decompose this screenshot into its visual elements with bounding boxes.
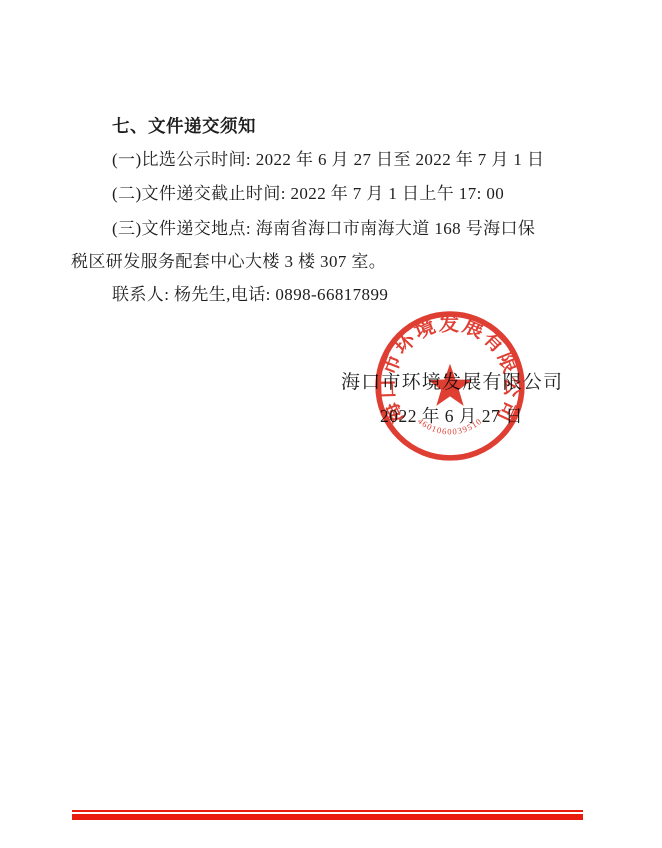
notice-line-3-continued: 税区研发服务配套中心大楼 3 楼 307 室。: [71, 252, 386, 272]
section-heading: 七、文件递交须知: [112, 116, 256, 136]
notice-line-1: (一)比选公示时间: 2022 年 6 月 27 日至 2022 年 7 月 1…: [112, 150, 544, 170]
contact-line: 联系人: 杨先生,电话: 0898-66817899: [112, 285, 388, 305]
footer-rule-thin: [72, 810, 583, 812]
company-seal: 海口市环境发展有限公司 4601060039510: [371, 310, 529, 464]
footer-rule-thick: [72, 814, 583, 820]
notice-line-2: (二)文件递交截止时间: 2022 年 7 月 1 日上午 17: 00: [112, 184, 504, 204]
seal-serial-number: 4601060039510: [416, 416, 484, 437]
star-icon: [428, 364, 472, 406]
notice-line-3: (三)文件递交地点: 海南省海口市南海大道 168 号海口保: [112, 219, 535, 239]
document-page: 七、文件递交须知 (一)比选公示时间: 2022 年 6 月 27 日至 202…: [0, 0, 662, 848]
